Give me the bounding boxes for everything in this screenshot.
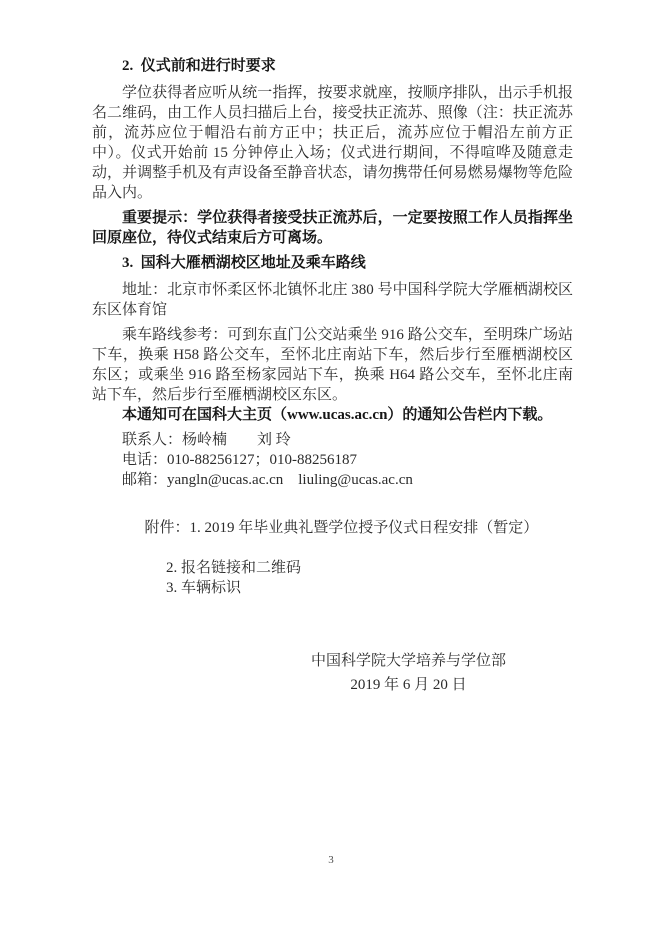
contact-block: 联系人：杨岭楠 刘 玲 电话：010-88256127；010-88256187… — [92, 430, 573, 490]
attachment-item-1-row: 附件：1. 2019 年毕业典礼暨学位授予仪式日程安排（暂定） — [122, 498, 573, 558]
section-2-heading: 2. 仪式前和进行时要求 — [92, 56, 573, 76]
contact-person-line: 联系人：杨岭楠 刘 玲 — [122, 430, 573, 450]
document-page: 2. 仪式前和进行时要求 学位获得者应听从统一指挥，按要求就座，按顺序排队，出示… — [0, 0, 662, 936]
attachments-block: 附件：1. 2019 年毕业典礼暨学位授予仪式日程安排（暂定） 2. 报名链接和… — [92, 498, 573, 598]
attachment-item-2: 2. 报名链接和二维码 — [122, 558, 573, 578]
page-number: 3 — [0, 853, 662, 867]
signature-organization: 中国科学院大学培养与学位部 — [168, 651, 649, 671]
paragraph-ceremony-requirements: 学位获得者应听从统一指挥，按要求就座，按顺序排队，出示手机报名二维码，由工作人员… — [92, 83, 573, 203]
signature-date: 2019 年 6 月 20 日 — [168, 675, 649, 695]
paragraph-bus-route: 乘车路线参考：可到东直门公交站乘坐 916 路公交车，至明珠广场站下车，换乘 H… — [92, 325, 573, 405]
paragraph-address: 地址：北京市怀柔区怀北镇怀北庄 380 号中国科学院大学雁栖湖校区东区体育馆 — [92, 280, 573, 320]
paragraph-important-note: 重要提示：学位获得者接受扶正流苏后，一定要按照工作人员指挥坐回原座位，待仪式结束… — [92, 208, 573, 248]
attachments-label: 附件： — [145, 520, 190, 536]
section-3-heading: 3. 国科大雁栖湖校区地址及乘车路线 — [92, 253, 573, 273]
contact-phone-line: 电话：010-88256127；010-88256187 — [122, 450, 573, 470]
signature-block: 中国科学院大学培养与学位部 2019 年 6 月 20 日 — [168, 651, 649, 695]
paragraph-download-notice: 本通知可在国科大主页（www.ucas.ac.cn）的通知公告栏内下载。 — [92, 405, 573, 425]
attachment-item-1: 1. 2019 年毕业典礼暨学位授予仪式日程安排（暂定） — [190, 520, 539, 536]
attachment-item-3: 3. 车辆标识 — [122, 578, 573, 598]
contact-email-line: 邮箱：yangln@ucas.ac.cn liuling@ucas.ac.cn — [122, 470, 573, 490]
